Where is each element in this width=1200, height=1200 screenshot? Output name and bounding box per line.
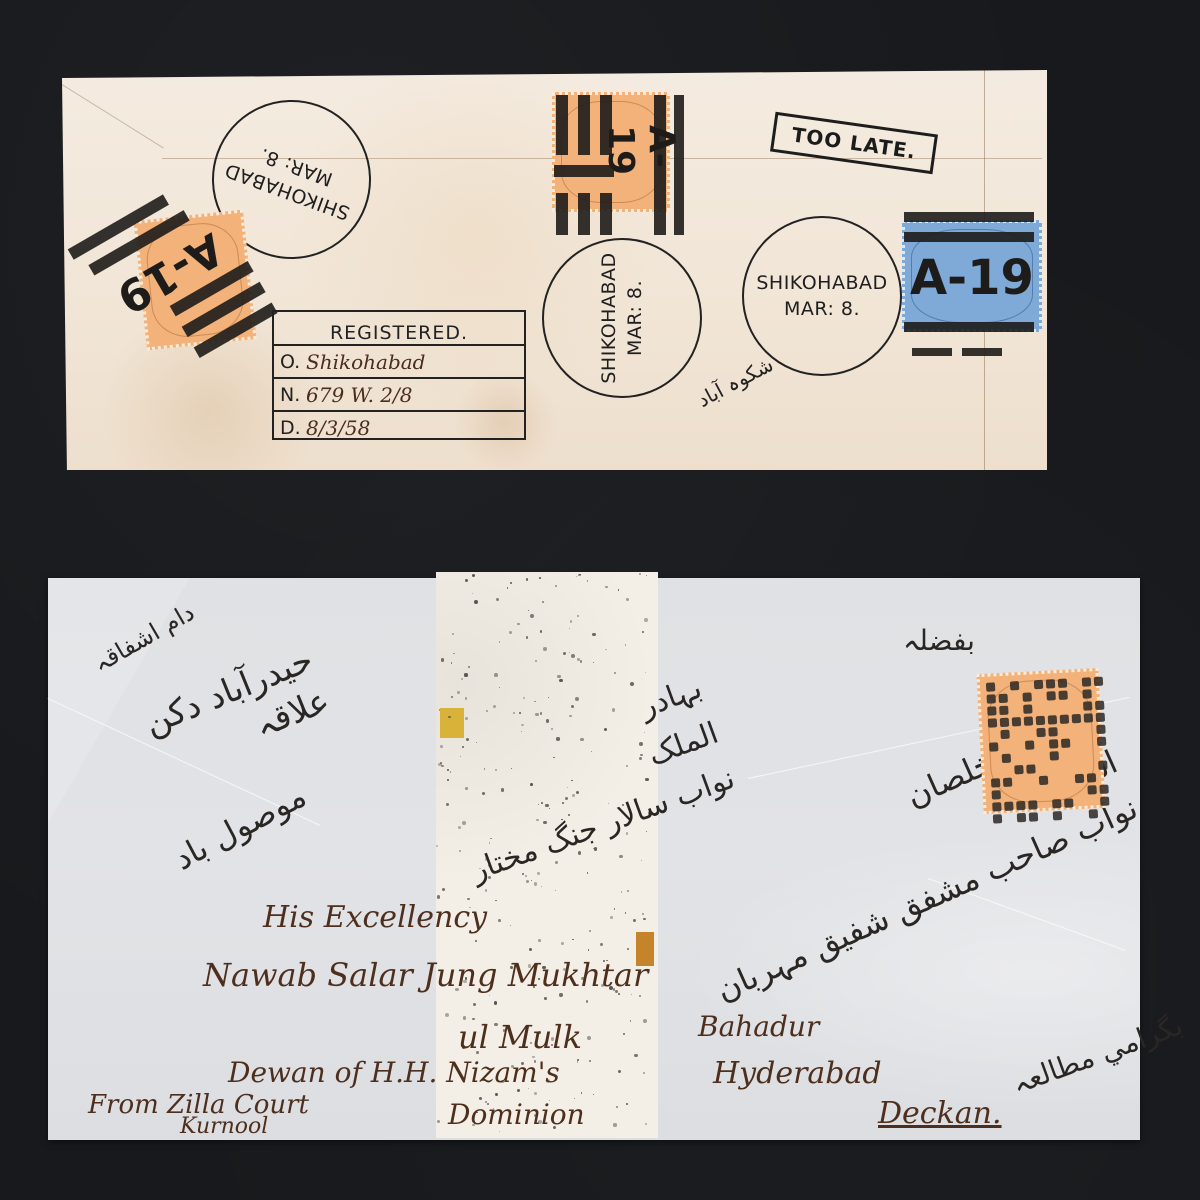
- paper-speck: [531, 880, 532, 881]
- address-nawab-salar-jung: Nawab Salar Jung Mukhtar: [203, 956, 648, 994]
- paper-speck: [645, 1123, 647, 1125]
- paper-speck: [472, 574, 476, 578]
- paper-speck: [465, 717, 468, 720]
- row-label: D.: [274, 417, 306, 439]
- paper-speck: [588, 949, 589, 950]
- paper-speck: [627, 948, 629, 950]
- paper-speck: [587, 872, 588, 873]
- address-ul-mulk: ul Mulk: [458, 1018, 582, 1056]
- row-label: O.: [274, 351, 306, 373]
- paper-speck: [541, 886, 542, 887]
- wax-seal-fragment-yellow: [440, 708, 464, 738]
- paper-speck: [461, 678, 463, 680]
- paper-speck: [543, 647, 547, 651]
- paper-speck: [592, 633, 595, 636]
- paper-speck: [621, 891, 623, 893]
- paper-speck: [576, 576, 577, 577]
- row-value: 8/3/58: [306, 416, 370, 440]
- paper-speck: [464, 673, 467, 676]
- address-dominion: Dominion: [448, 1098, 585, 1131]
- paper-speck: [494, 673, 498, 677]
- envelope-flap-diagonal: [61, 84, 163, 148]
- registered-row-number: N. 679 W. 2/8: [274, 379, 524, 412]
- address-hyderabad: Hyderabad: [713, 1056, 882, 1091]
- dotted-numeral-cancel: [980, 671, 1103, 811]
- paper-speck: [589, 930, 591, 932]
- paper-speck: [589, 1060, 591, 1062]
- paper-speck: [610, 916, 613, 919]
- too-late-handstamp: TOO LATE.: [770, 112, 938, 174]
- paper-speck: [569, 652, 570, 653]
- paper-speck: [526, 636, 529, 639]
- paper-speck: [441, 658, 444, 661]
- address-deckan: Deckan.: [878, 1096, 1002, 1131]
- paper-speck: [540, 630, 542, 632]
- paper-speck: [631, 994, 632, 995]
- paper-speck: [475, 940, 477, 942]
- paper-speck: [559, 679, 562, 682]
- paper-speck: [453, 653, 454, 654]
- paper-speck: [577, 615, 579, 617]
- paper-speck: [459, 850, 461, 852]
- paper-speck: [645, 672, 646, 673]
- paper-speck: [495, 1093, 498, 1096]
- paper-speck: [643, 1019, 647, 1023]
- paper-speck: [555, 585, 557, 587]
- paper-speck: [548, 697, 549, 698]
- paper-speck: [489, 995, 490, 996]
- paper-speck: [643, 1072, 645, 1074]
- registered-row-date: D. 8/3/58: [274, 412, 524, 443]
- paper-speck: [642, 913, 644, 915]
- paper-speck: [593, 1094, 594, 1095]
- paper-speck: [517, 623, 520, 626]
- paper-speck: [523, 697, 525, 699]
- paper-speck: [448, 716, 450, 718]
- paper-speck: [509, 631, 512, 634]
- paper-speck: [517, 1089, 520, 1092]
- paper-speck: [587, 1036, 591, 1040]
- paper-speck: [510, 925, 511, 926]
- paper-speck: [465, 579, 468, 582]
- postmark-date: MAR: 8.: [622, 280, 648, 356]
- postmark-date: MAR: 8.: [784, 296, 860, 322]
- paper-speck: [465, 697, 467, 699]
- paper-speck: [630, 1020, 631, 1021]
- paper-speck: [496, 598, 499, 601]
- paper-speck: [580, 660, 583, 663]
- urdu-text-hyderabad-deccan: حیدرآباد دکن علاقہ: [138, 638, 336, 786]
- row-value: 679 W. 2/8: [306, 383, 413, 407]
- paper-speck: [563, 652, 566, 655]
- paper-speck: [534, 882, 538, 886]
- paper-speck: [466, 738, 469, 741]
- paper-speck: [557, 675, 561, 679]
- cancel-number: A-19: [910, 250, 1034, 306]
- urdu-manuscript-note: شکوہ آباد: [693, 352, 777, 412]
- paper-speck: [577, 1059, 579, 1061]
- top-cover-registered-envelope: SHIKOHABAD MAR: 8. A-19 A-19 TOO LATE. S…: [62, 70, 1047, 470]
- paper-speck: [618, 1070, 621, 1073]
- paper-speck: [646, 575, 647, 576]
- address-his-excellency: His Excellency: [263, 900, 487, 935]
- duplex-cancel-right: A-19: [902, 210, 1042, 360]
- paper-speck: [539, 577, 541, 579]
- paper-speck: [535, 713, 538, 716]
- paper-speck: [587, 580, 588, 581]
- paper-speck: [468, 666, 470, 668]
- paper-speck: [436, 845, 438, 847]
- paper-speck: [626, 598, 629, 601]
- paper-speck: [569, 628, 570, 629]
- paper-speck: [614, 908, 615, 909]
- paper-speck: [530, 614, 534, 618]
- paper-speck: [538, 939, 541, 942]
- urdu-text-received: موصول باد: [167, 776, 312, 877]
- paper-speck: [528, 610, 529, 611]
- paper-speck: [535, 660, 537, 662]
- duplex-cancel-center: A-19: [550, 95, 690, 235]
- row-value: Shikohabad: [306, 350, 425, 374]
- paper-speck: [440, 745, 443, 748]
- paper-speck: [613, 1123, 616, 1126]
- paper-speck: [534, 1092, 537, 1095]
- paper-speck: [519, 712, 521, 714]
- paper-speck: [618, 589, 619, 590]
- postmark-town: SHIKOHABAD: [596, 252, 622, 383]
- paper-speck: [445, 1013, 449, 1017]
- paper-speck: [457, 691, 460, 694]
- paper-speck: [642, 631, 644, 633]
- paper-speck: [437, 1120, 440, 1123]
- paper-speck: [437, 895, 440, 898]
- paper-speck: [619, 855, 622, 858]
- paper-speck: [542, 601, 544, 603]
- paper-speck: [473, 1003, 476, 1006]
- paper-speck: [442, 888, 445, 891]
- paper-speck: [614, 672, 616, 674]
- paper-speck: [577, 1061, 579, 1063]
- paper-speck: [526, 578, 529, 581]
- paper-speck: [513, 712, 515, 714]
- registered-row-origin: O. Shikohabad: [274, 346, 524, 379]
- paper-speck: [639, 995, 640, 996]
- paper-speck: [571, 654, 575, 658]
- paper-speck: [534, 701, 536, 703]
- paper-speck: [625, 912, 626, 913]
- paper-speck: [561, 942, 563, 944]
- address-bahadur: Bahadur: [698, 1010, 819, 1043]
- paper-speck: [605, 649, 606, 650]
- paper-speck: [499, 687, 500, 688]
- paper-speck: [544, 997, 547, 1000]
- paper-speck: [570, 620, 572, 622]
- paper-speck: [451, 696, 452, 697]
- paper-speck: [616, 1106, 618, 1108]
- paper-speck: [625, 644, 626, 645]
- registered-label-box: REGISTERED. O. Shikohabad N. 679 W. 2/8 …: [272, 310, 526, 440]
- stamp-orange-india-postage: [976, 668, 1105, 814]
- row-label: N.: [274, 384, 306, 406]
- paper-speck: [499, 641, 500, 642]
- paper-speck: [644, 618, 647, 621]
- paper-speck: [578, 574, 580, 576]
- cancel-number: A-19: [600, 125, 682, 213]
- paper-speck: [526, 880, 529, 883]
- paper-speck: [572, 939, 574, 941]
- paper-speck: [605, 586, 607, 588]
- paper-speck: [493, 705, 496, 708]
- paper-speck: [639, 573, 641, 575]
- paper-speck: [643, 918, 645, 920]
- paper-speck: [623, 1033, 625, 1035]
- registered-title: REGISTERED.: [274, 312, 524, 346]
- urdu-text-bi-fazlihi: بفضلہ: [903, 624, 975, 657]
- paper-speck: [575, 697, 579, 701]
- bottom-cover-letter-sheet: دام اشفاقہ حیدرآباد دکن علاقہ موصول باد …: [48, 578, 1140, 1140]
- paper-speck: [634, 1054, 637, 1057]
- paper-speck: [452, 633, 454, 635]
- paper-speck: [495, 900, 496, 901]
- address-dewan: Dewan of H.H. Nizam's: [228, 1056, 560, 1089]
- postmark-shikohabad-vertical: SHIKOHABAD MAR: 8.: [542, 238, 702, 398]
- sender-kurnool: Kurnool: [180, 1114, 268, 1139]
- paper-speck: [641, 860, 642, 861]
- paper-speck: [507, 587, 508, 588]
- paper-speck: [593, 662, 594, 663]
- paper-speck: [627, 890, 628, 891]
- paper-speck: [586, 1000, 588, 1002]
- paper-speck: [633, 919, 636, 922]
- paper-speck: [499, 1131, 500, 1132]
- paper-speck: [451, 662, 452, 663]
- paper-speck: [555, 890, 556, 891]
- paper-speck: [474, 600, 478, 604]
- paper-speck: [498, 919, 501, 922]
- paper-speck: [494, 1001, 498, 1005]
- paper-speck: [626, 1103, 628, 1105]
- paper-speck: [510, 582, 512, 584]
- paper-speck: [540, 712, 542, 714]
- postmark-town: SHIKOHABAD: [756, 270, 887, 296]
- paper-speck: [472, 593, 473, 594]
- paper-speck: [600, 943, 602, 945]
- paper-speck: [529, 948, 533, 952]
- urdu-text-top-left: دام اشفاقہ: [88, 598, 199, 678]
- paper-speck: [486, 710, 488, 712]
- paper-speck: [581, 1092, 583, 1094]
